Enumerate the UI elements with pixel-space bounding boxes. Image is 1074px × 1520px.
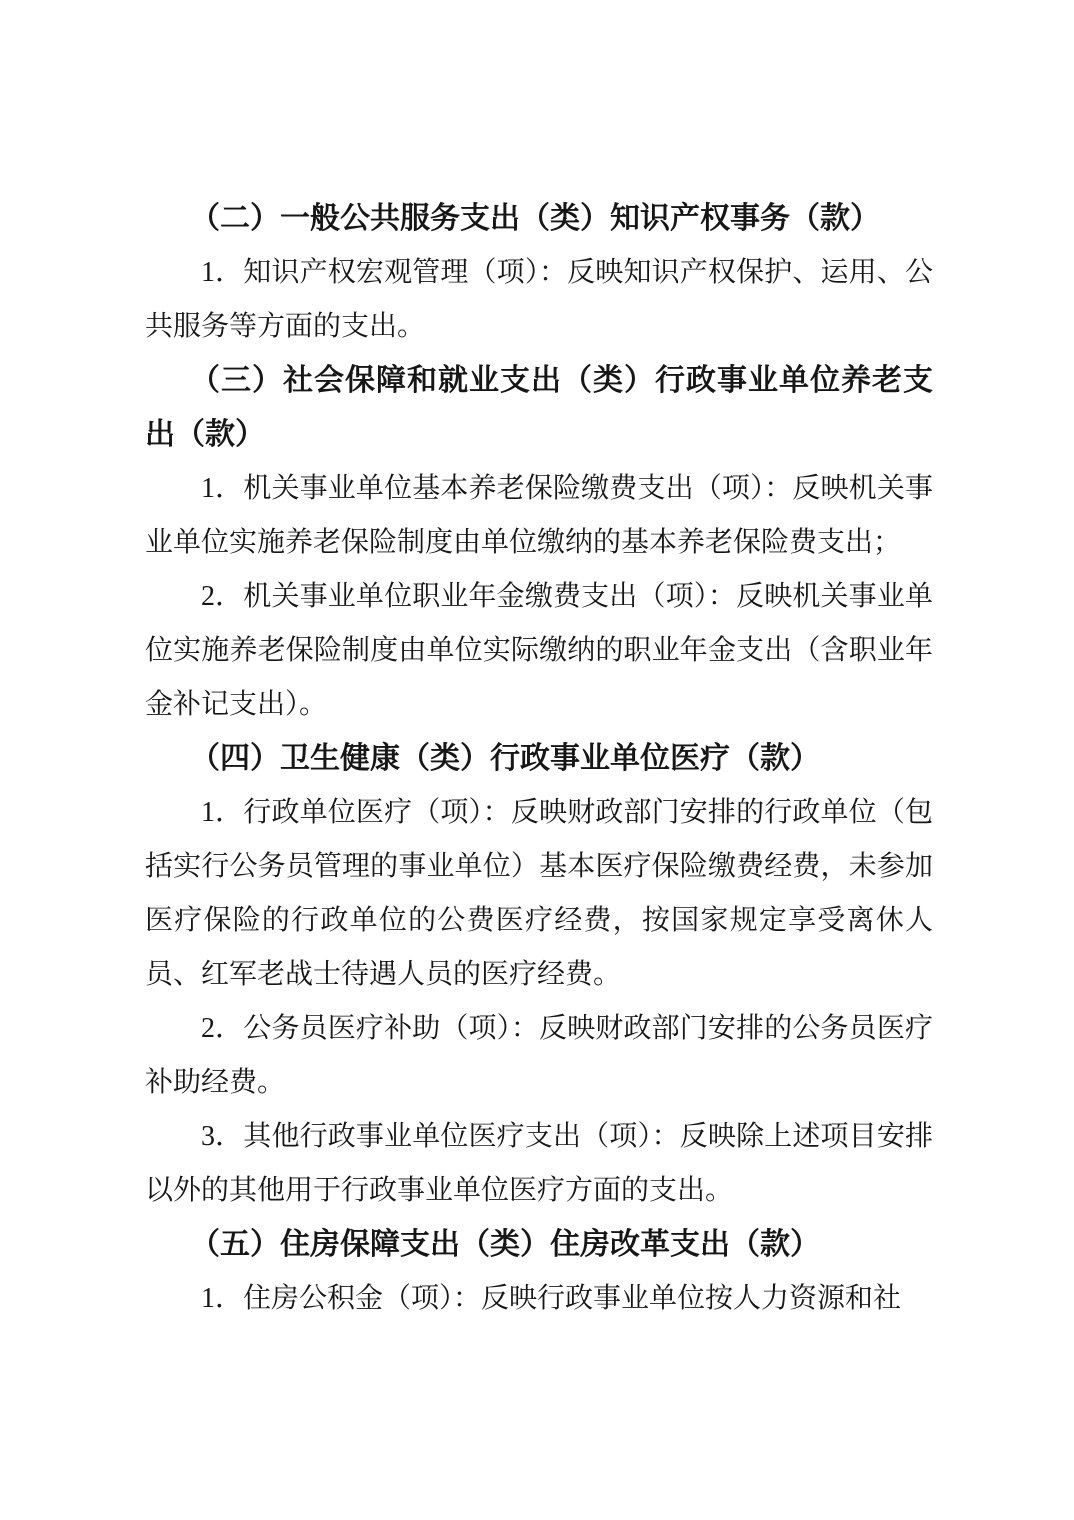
paragraph: 1．住房公积金（项）：反映行政事业单位按人力资源和社: [145, 1272, 933, 1326]
section-heading-5: （五）住房保障支出（类）住房改革支出（款）: [145, 1218, 933, 1272]
section-heading-4: （四）卫生健康（类）行政事业单位医疗（款）: [145, 732, 933, 786]
paragraph: 2．机关事业单位职业年金缴费支出（项）：反映机关事业单位实施养老保险制度由单位实…: [145, 570, 933, 732]
paragraph: 2．公务员医疗补助（项）：反映财政部门安排的公务员医疗补助经费。: [145, 1002, 933, 1110]
section-heading-2: （二）一般公共服务支出（类）知识产权事务（款）: [145, 192, 933, 246]
document-page: （二）一般公共服务支出（类）知识产权事务（款） 1．知识产权宏观管理（项）：反映…: [0, 0, 1074, 1520]
section-heading-3: （三）社会保障和就业支出（类）行政事业单位养老支出（款）: [145, 354, 933, 462]
document-body: （二）一般公共服务支出（类）知识产权事务（款） 1．知识产权宏观管理（项）：反映…: [145, 192, 933, 1326]
paragraph: 3．其他行政事业单位医疗支出（项）：反映除上述项目安排以外的其他用于行政事业单位…: [145, 1110, 933, 1218]
paragraph: 1．机关事业单位基本养老保险缴费支出（项）：反映机关事业单位实施养老保险制度由单…: [145, 462, 933, 570]
paragraph: 1．行政单位医疗（项）：反映财政部门安排的行政单位（包括实行公务员管理的事业单位…: [145, 786, 933, 1002]
paragraph: 1．知识产权宏观管理（项）：反映知识产权保护、运用、公共服务等方面的支出。: [145, 246, 933, 354]
